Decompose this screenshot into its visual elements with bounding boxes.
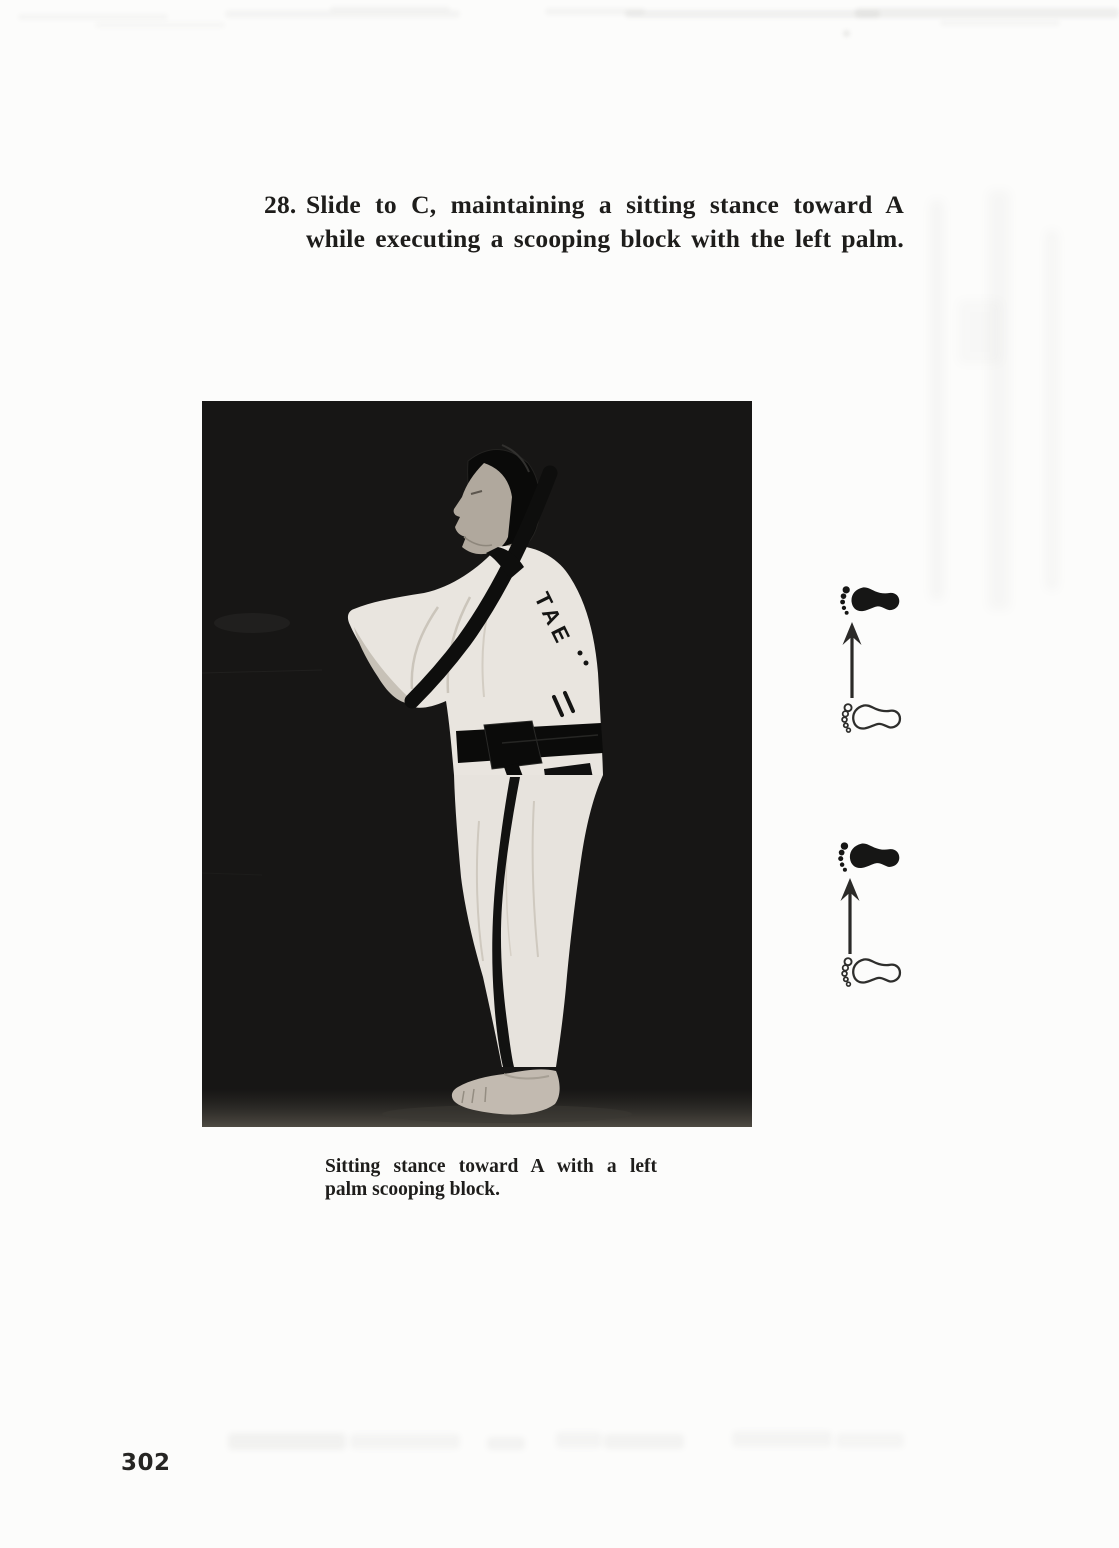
scan-artifact: [843, 30, 850, 37]
instruction-lines: Slide to C, maintaining a sitting stance…: [306, 188, 904, 256]
scan-artifact: [487, 1437, 525, 1450]
footwork-step-2: [838, 842, 900, 986]
footprint-outline-icon: [842, 704, 900, 732]
scan-artifact: [958, 300, 1002, 364]
scan-artifact: [228, 1433, 346, 1450]
caption-line-2: palm scooping block.: [325, 1179, 657, 1202]
scan-artifact: [330, 6, 450, 12]
scan-artifact: [95, 22, 225, 28]
scan-artifact: [940, 20, 1060, 26]
scan-artifact: [625, 10, 880, 18]
footwork-step-1: [840, 586, 900, 732]
belt-knot: [484, 721, 542, 769]
footprint-solid-icon: [840, 586, 899, 615]
scan-artifact: [836, 1433, 904, 1448]
scan-artifact: [988, 190, 1010, 610]
scan-artifact: [1046, 230, 1058, 590]
scan-artifact: [855, 8, 1119, 18]
arrow-up-icon: [843, 622, 862, 698]
technique-photo: TAE: [202, 401, 752, 1127]
instruction-line-1: Slide to C, maintaining a sitting stance…: [306, 188, 904, 222]
scan-artifact: [732, 1431, 832, 1447]
martial-artist-figure: TAE: [202, 401, 752, 1127]
caption-line-1: Sitting stance toward A with a left: [325, 1156, 657, 1179]
instruction-line-2: while executing a scooping block with th…: [306, 222, 904, 256]
book-page: 28. Slide to C, maintaining a sitting st…: [0, 0, 1119, 1548]
scan-artifact: [18, 14, 168, 20]
footwork-diagram: [815, 578, 960, 1003]
background-smudge: [214, 613, 290, 633]
instruction-number: 28.: [264, 188, 306, 256]
footprint-solid-icon: [838, 842, 899, 871]
instruction-text: 28. Slide to C, maintaining a sitting st…: [264, 188, 904, 256]
scan-artifact: [556, 1432, 602, 1448]
arrow-up-icon: [841, 878, 860, 954]
photo-caption: Sitting stance toward A with a left palm…: [325, 1156, 657, 1201]
footprint-outline-icon: [842, 958, 900, 986]
scan-artifact: [350, 1434, 460, 1449]
page-number: 302: [121, 1450, 171, 1476]
scan-artifact: [604, 1434, 684, 1449]
scan-artifact: [930, 200, 944, 600]
